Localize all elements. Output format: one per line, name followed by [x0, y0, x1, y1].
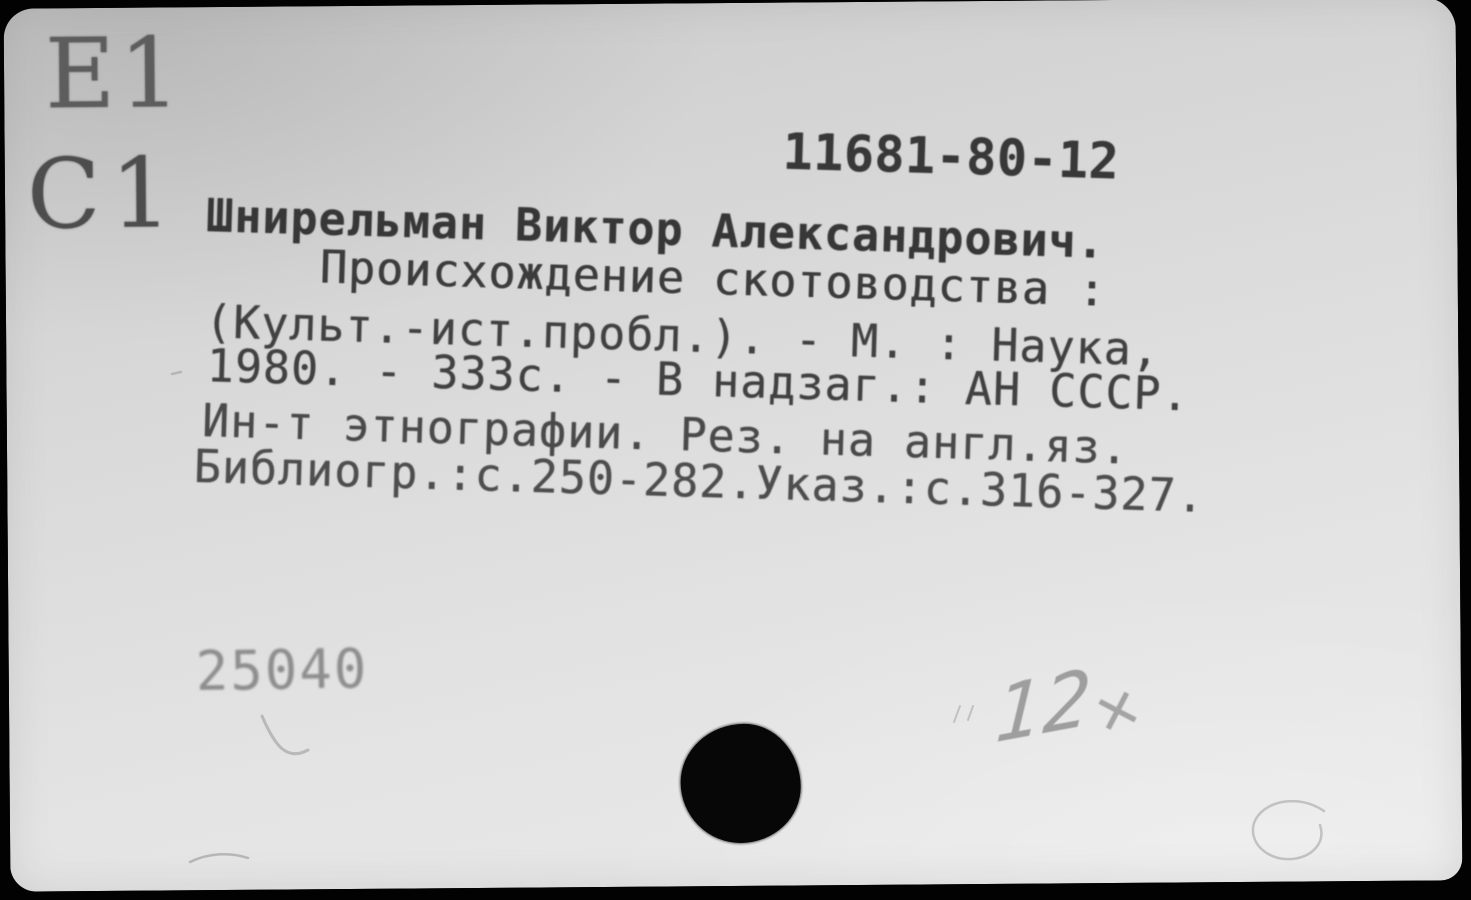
hole-punch-dot [680, 723, 801, 843]
call-mark-top: Е1 [45, 25, 185, 122]
catalog-number: 11681-80-12 [782, 127, 1120, 187]
accession-stamp: 25040 [195, 642, 368, 699]
call-mark-bottom: С1 [27, 145, 182, 242]
pencil-note-number: 12 [993, 659, 1093, 755]
catalog-card: Е1 С1 11681-80-12 Шнирельман Виктор Алек… [4, 0, 1463, 892]
